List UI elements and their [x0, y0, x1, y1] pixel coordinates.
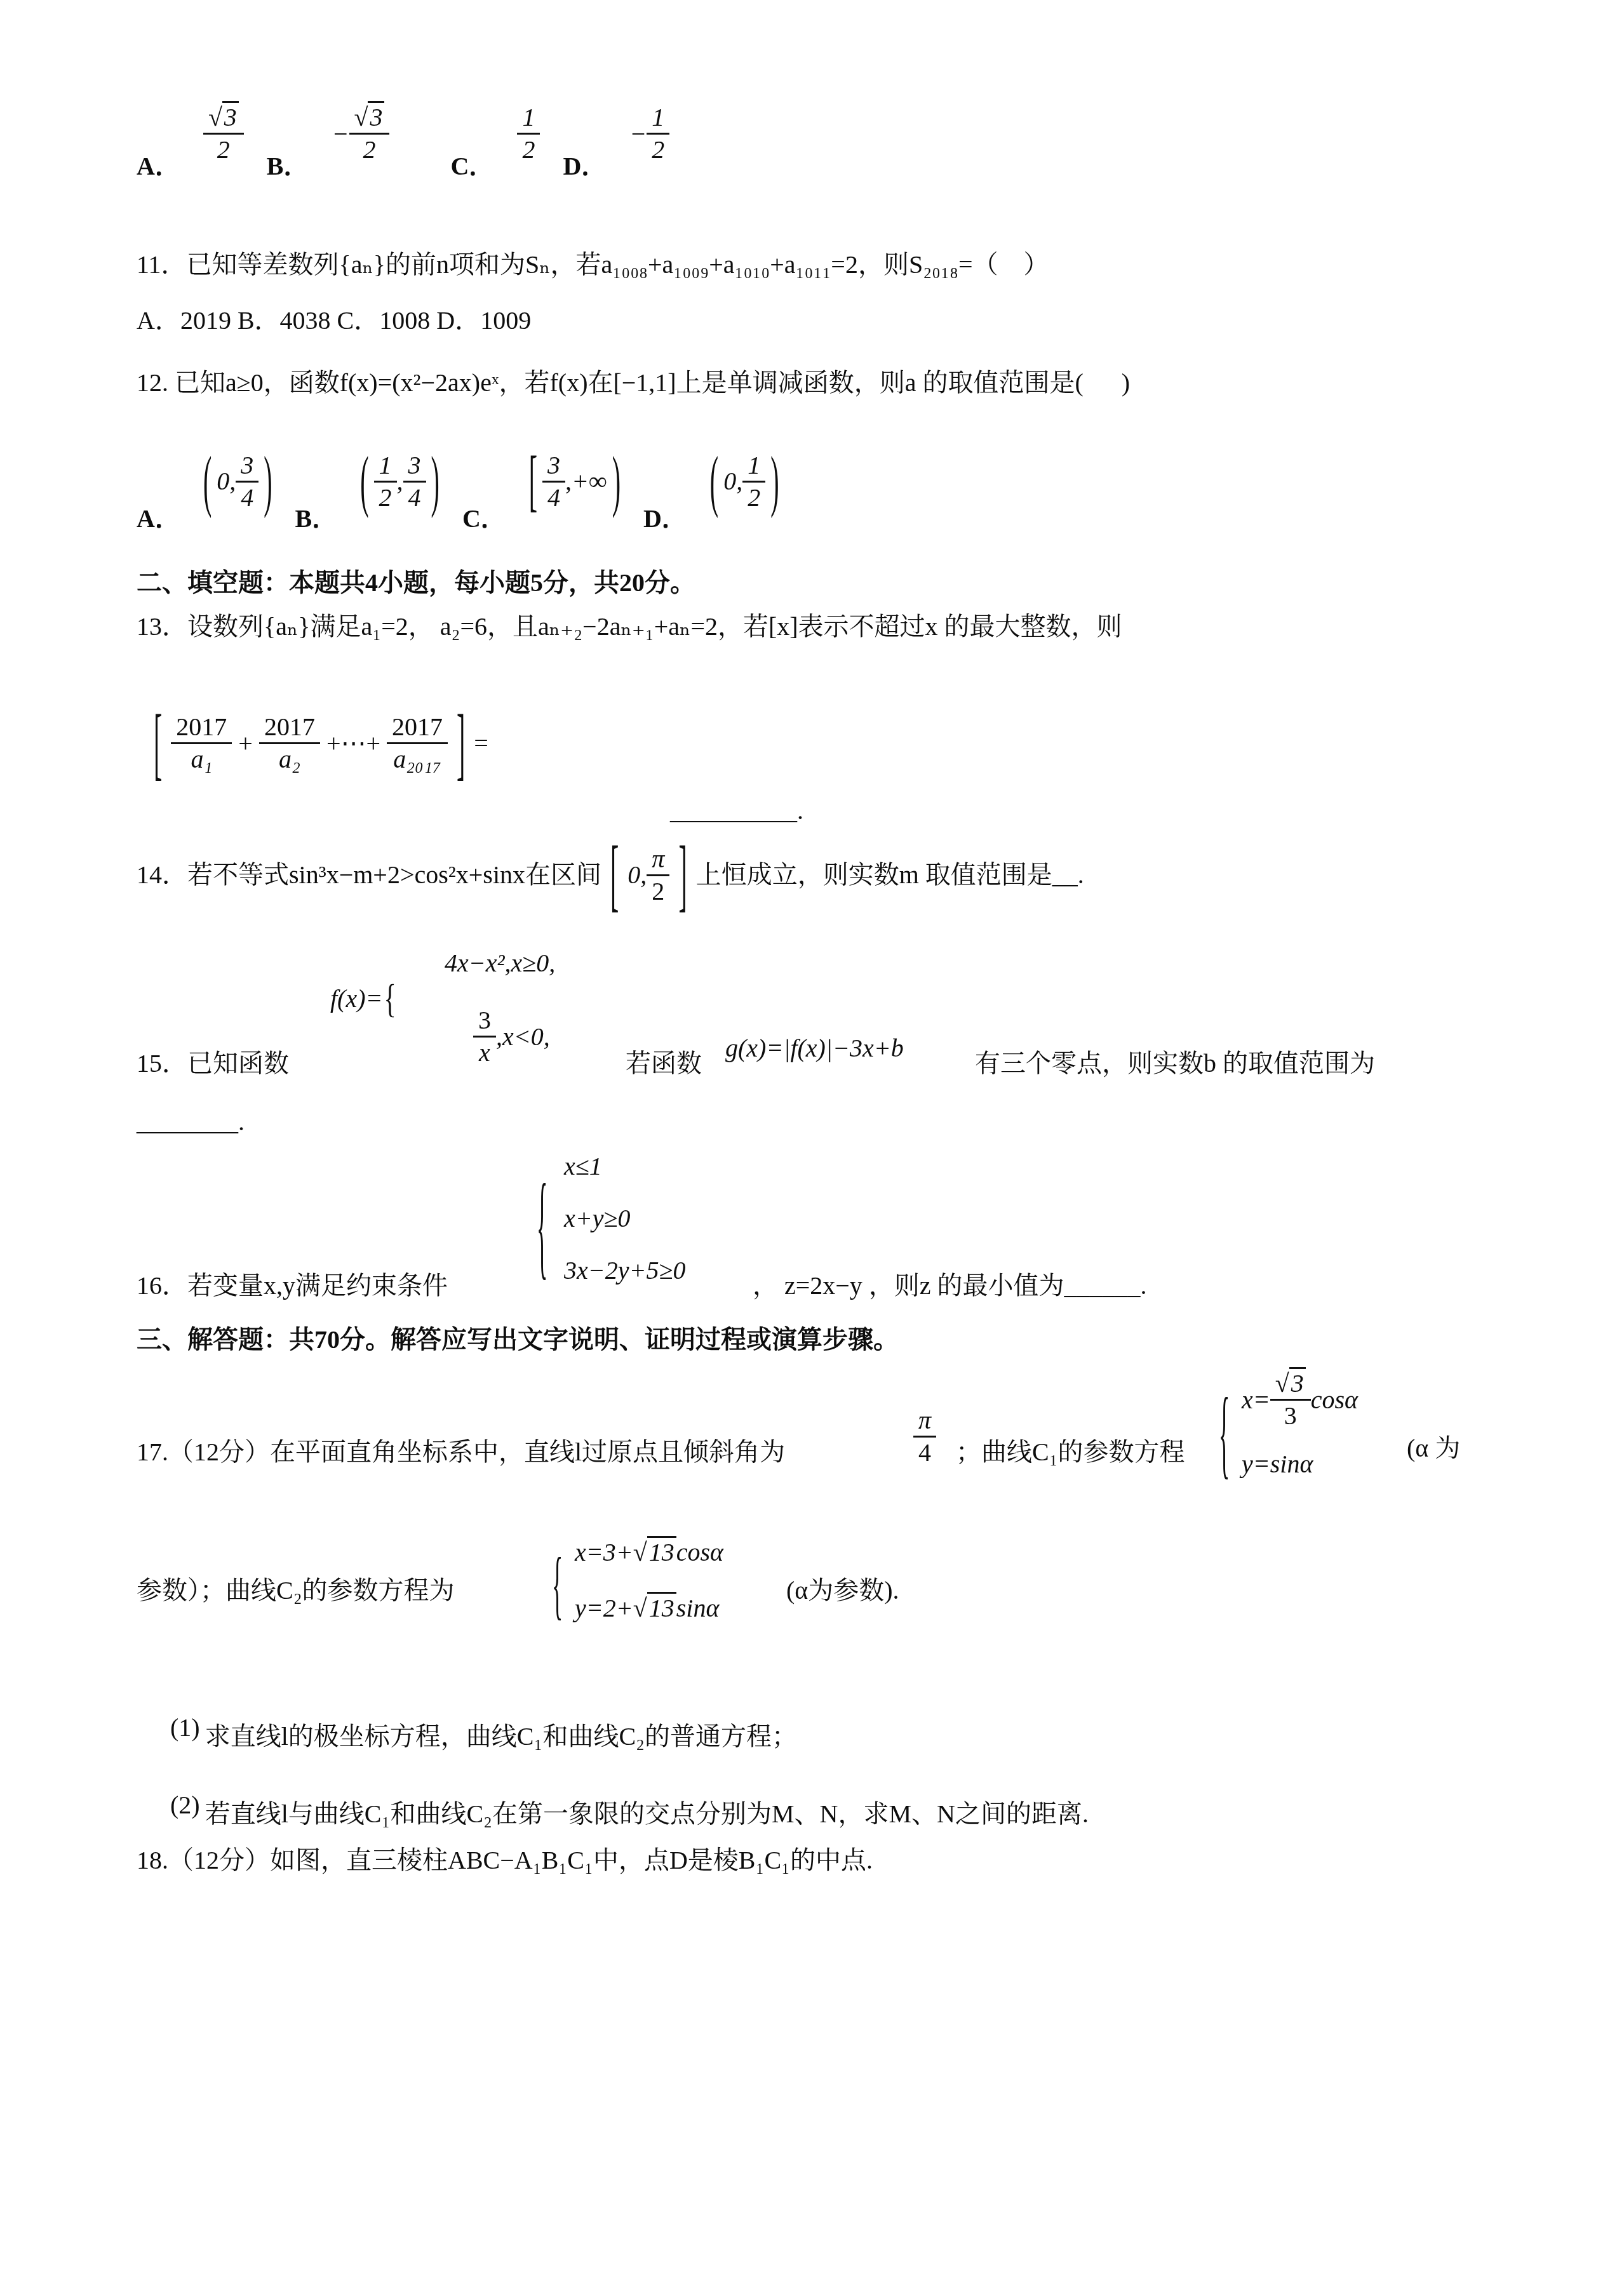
system-brace: { — [537, 1168, 547, 1285]
interval-zero: 0, — [627, 859, 647, 891]
fraction-denominator: 4 — [547, 483, 560, 511]
fraction-numerator: 2017 — [171, 714, 232, 744]
radicand: 3 — [1289, 1367, 1306, 1398]
fraction-numerator: √3 — [203, 104, 244, 135]
option-d-label: D． — [563, 150, 607, 186]
part-2-marker: (2) — [170, 1791, 200, 1819]
minus-sign: − — [629, 118, 647, 150]
question-17-brace-wrap: { — [1214, 1365, 1234, 1502]
fraction-denominator: a₁ — [191, 744, 212, 773]
close-paren: ) — [431, 447, 440, 516]
question-16-brace-wrap: { — [532, 1147, 552, 1305]
fraction-numerator: 1 — [742, 452, 765, 483]
question-17-brace2-wrap: { — [547, 1532, 567, 1639]
fraction-numerator: 3 — [542, 452, 565, 483]
fraction-numerator: 3 — [473, 1007, 496, 1038]
angle-fraction: π4 — [913, 1407, 936, 1466]
question-18-text: 18.（12分）如图，直三棱柱ABC−A₁B₁C₁中，点D是棱B₁C₁的中点. — [137, 1845, 873, 1876]
interval-fraction: 34 — [236, 452, 258, 511]
close-bracket: ] — [678, 834, 687, 916]
radical-sign: √ — [208, 103, 222, 131]
part-1-text: 求直线l的极坐标方程，曲线C₁和曲线C₂的普通方程； — [205, 1722, 797, 1751]
system-1-row-2: y=sinα — [1242, 1448, 1358, 1480]
coef-fraction: √3 3 — [1270, 1370, 1311, 1429]
question-13-formula: [ 2017a₁ + 2017a₂ +⋯+ 2017a₂₀₁₇ ] = — [145, 684, 488, 802]
option-b-label: B． — [267, 150, 309, 186]
fraction-denominator: 2 — [748, 483, 760, 511]
x-equals: x= — [1242, 1384, 1270, 1416]
term-fraction-1: 2017a₁ — [171, 714, 232, 773]
option-c-fraction: 1 2 — [517, 104, 540, 163]
piecewise-brace: { — [384, 978, 396, 1019]
question-12-text: 12. 已知a≥0，函数f(x)=(x²−2ax)eˣ，若f(x)在[−1,1]… — [137, 367, 1130, 399]
constraint-2: x+y≥0 — [564, 1203, 685, 1234]
radicand: 13 — [647, 1536, 676, 1566]
fraction-numerator: 1 — [374, 452, 397, 483]
fraction-denominator: 4 — [918, 1438, 931, 1466]
question-14-line: 14．若不等式sin³x−m+2>cos²x+sinx在区间 [ 0, π2 ]… — [137, 818, 1084, 932]
option-b-interval: ( 12 , 34 ) — [355, 452, 445, 511]
interval-left: 0, — [723, 465, 742, 497]
fraction-denominator: 2 — [379, 483, 392, 511]
option-a-label: A． — [137, 150, 180, 186]
question-12-options-row: A． ( 0, 34 ) B． ( 12 , 34 ) C． [ 34 ,+∞ … — [137, 424, 784, 538]
question-17-alpha-note-2: (α为参数). — [786, 1575, 899, 1606]
close-bracket: ] — [457, 703, 465, 784]
term-fraction-2: 2017a₂ — [259, 714, 320, 773]
question-15-tail: 有三个零点，则实数b 的取值范围为 — [975, 1048, 1375, 1079]
fraction-denominator: 4 — [241, 483, 253, 511]
interval-fraction: 34 — [403, 452, 426, 511]
question-14-pre: 14．若不等式sin³x−m+2>cos²x+sinx在区间 — [137, 859, 601, 891]
equals-sign: = — [474, 728, 488, 759]
question-17-angle: π4 — [913, 1391, 936, 1483]
question-17-system-2: x=3+ √13 cosα y=2+ √13 sinα — [575, 1537, 723, 1624]
fraction-numerator: 3 — [403, 452, 426, 483]
section-2-header: 二、填空题：本题共4小题，每小题5分，共20分。 — [137, 567, 695, 599]
question-10-options-row: A． √3 2 B． − √3 2 C． 1 2 D． − 1 2 — [137, 81, 669, 186]
piece-fraction: 3x — [473, 1007, 496, 1066]
close-paren: ) — [612, 447, 621, 516]
question-13-text: 13．设数列{aₙ}满足a₁=2， a₂=6，且aₙ₊₂−2aₙ₊₁+aₙ=2，… — [137, 611, 1122, 643]
fraction-numerator: √3 — [1270, 1370, 1311, 1401]
system-brace: { — [1219, 1384, 1230, 1483]
radical-sign: √ — [354, 103, 368, 131]
option-b-value: − √3 2 — [332, 104, 390, 163]
question-17-continuation: 参数）；曲线C₂的参数方程为 — [137, 1575, 455, 1606]
radicand: 13 — [647, 1592, 676, 1622]
radical: √3 — [1275, 1367, 1306, 1398]
system-2-row-2: y=2+ √13 sinα — [575, 1592, 723, 1624]
option-b-fraction: √3 2 — [349, 104, 390, 163]
interval-fraction: 34 — [542, 452, 565, 511]
option-c-label: C． — [462, 503, 506, 538]
fraction-denominator: 2 — [652, 876, 664, 905]
radical-sign: √ — [633, 1594, 647, 1622]
interval-right: ,+∞ — [565, 465, 607, 497]
option-c-label: C． — [450, 150, 494, 186]
question-11-options: A．2019 B．4038 C．1008 D．1009 — [137, 305, 531, 337]
radicand: 3 — [368, 101, 384, 131]
part-2-text: 若直线l与曲线C₁和曲线C₂在第一象限的交点分别为M、N，求M、N之间的距离. — [205, 1799, 1089, 1828]
fraction-numerator: π — [647, 846, 669, 876]
question-17-system-1: x= √3 3 cosα y=sinα — [1242, 1370, 1358, 1480]
section-3-header: 三、解答题：共70分。解答应写出文字说明、证明过程或演算步骤。 — [137, 1324, 899, 1356]
question-15-g-expression: g(x)=|f(x)|−3x+b — [725, 1032, 904, 1064]
plus-sign: + — [238, 728, 253, 759]
interval-left: 0, — [217, 465, 236, 497]
option-a-label: A． — [137, 503, 180, 538]
question-15-answer-blank: ________. — [137, 1106, 245, 1138]
fraction-denominator: 4 — [408, 483, 421, 511]
interval-fraction: 12 — [374, 452, 397, 511]
open-bracket: [ — [154, 703, 162, 784]
constraint-3: 3x−2y+5≥0 — [564, 1255, 685, 1286]
interval-fraction: 12 — [742, 452, 765, 511]
option-a-fraction: √3 2 — [203, 104, 244, 163]
x-equals: x=3+ — [575, 1537, 633, 1568]
option-d-interval: ( 0, 12 ) — [705, 452, 784, 511]
term-fraction-3: 2017a₂₀₁₇ — [387, 714, 448, 773]
open-paren: ( — [203, 447, 211, 516]
system-brace: { — [552, 1547, 563, 1624]
part-1-marker: (1) — [170, 1713, 200, 1742]
fraction-denominator: a₂₀₁₇ — [393, 744, 441, 773]
question-11-text: 11．已知等差数列{aₙ}的前n项和为Sₙ，若a₁₀₀₈+a₁₀₀₉+a₁₀₁₀… — [137, 249, 1049, 281]
question-15-fx: f(x)= { — [330, 983, 398, 1015]
option-a-interval: ( 0, 34 ) — [198, 452, 278, 511]
fraction-denominator: 2 — [522, 135, 535, 163]
question-17-intro: 17.（12分）在平面直角坐标系中，直线l过原点且倾斜角为 — [137, 1436, 785, 1468]
open-paren: ( — [710, 447, 718, 516]
question-15-intro: 15．已知函数 — [137, 1048, 289, 1079]
close-paren: ) — [264, 447, 272, 516]
minus-sign: − — [332, 118, 349, 150]
question-17-alpha-note: (α 为 — [1407, 1432, 1460, 1464]
interval-fraction: π2 — [647, 846, 669, 905]
question-16-after: ， z=2x−y ，则z 的最小值为______. — [753, 1270, 1147, 1302]
radical: √13 — [633, 1592, 676, 1624]
option-d-fraction: 1 2 — [647, 104, 669, 163]
question-16-constraints: x≤1 x+y≥0 3x−2y+5≥0 — [564, 1151, 685, 1286]
question-15-piece-2: 3x ,x<0, — [473, 994, 550, 1079]
fraction-numerator: 2017 — [259, 714, 320, 744]
fraction-numerator: 3 — [236, 452, 258, 483]
radical: √3 — [208, 101, 239, 131]
system-1-row-1: x= √3 3 cosα — [1242, 1370, 1358, 1429]
question-17-mid: ；曲线C₁的参数方程 — [956, 1436, 1185, 1468]
fraction-numerator: 2017 — [387, 714, 448, 744]
open-bracket: [ — [610, 834, 619, 916]
option-c-interval: [ 34 ,+∞ ) — [524, 452, 626, 511]
fraction-denominator: a₂ — [279, 744, 300, 773]
radicand: 3 — [222, 101, 239, 131]
radical: √3 — [354, 101, 385, 131]
fraction-numerator: √3 — [349, 104, 390, 135]
exam-page: A． √3 2 B． − √3 2 C． 1 2 D． − 1 2 11．已知等… — [0, 0, 1624, 2296]
fraction-numerator: 1 — [517, 104, 540, 135]
option-b-label: B． — [295, 503, 338, 538]
question-15-piece-1: 4x−x²,x≥0, — [445, 947, 555, 979]
fx-equals: f(x)= — [330, 983, 383, 1015]
fraction-numerator: π — [913, 1407, 936, 1438]
question-14-post: 上恒成立，则实数m 取值范围是__. — [696, 859, 1084, 891]
constraint-1: x≤1 — [564, 1151, 685, 1182]
fraction-denominator: 2 — [363, 135, 376, 163]
sin-alpha: sinα — [676, 1592, 720, 1624]
radical: √13 — [633, 1537, 676, 1568]
fraction-denominator: 3 — [1284, 1401, 1297, 1429]
piece-condition: ,x<0, — [496, 1021, 550, 1053]
question-16-intro: 16．若变量x,y满足约束条件 — [137, 1270, 448, 1302]
ellipsis-plus: +⋯+ — [326, 728, 380, 759]
open-paren: ( — [360, 447, 368, 516]
fraction-denominator: x — [479, 1038, 490, 1066]
option-d-label: D． — [643, 503, 687, 538]
radical-sign: √ — [633, 1538, 647, 1566]
y-equals: y=2+ — [575, 1592, 633, 1624]
fraction-denominator: 2 — [652, 135, 664, 163]
comma: , — [397, 465, 403, 497]
cos-alpha: cosα — [676, 1537, 723, 1568]
option-d-value: − 1 2 — [629, 104, 669, 163]
question-15-mid: 若函数 — [626, 1048, 702, 1079]
open-bracket: [ — [529, 447, 537, 516]
cos-alpha: cosα — [1311, 1384, 1358, 1416]
fraction-denominator: 2 — [217, 135, 230, 163]
fraction-numerator: 1 — [647, 104, 669, 135]
system-2-row-1: x=3+ √13 cosα — [575, 1537, 723, 1568]
close-paren: ) — [770, 447, 779, 516]
radical-sign: √ — [1275, 1369, 1289, 1398]
